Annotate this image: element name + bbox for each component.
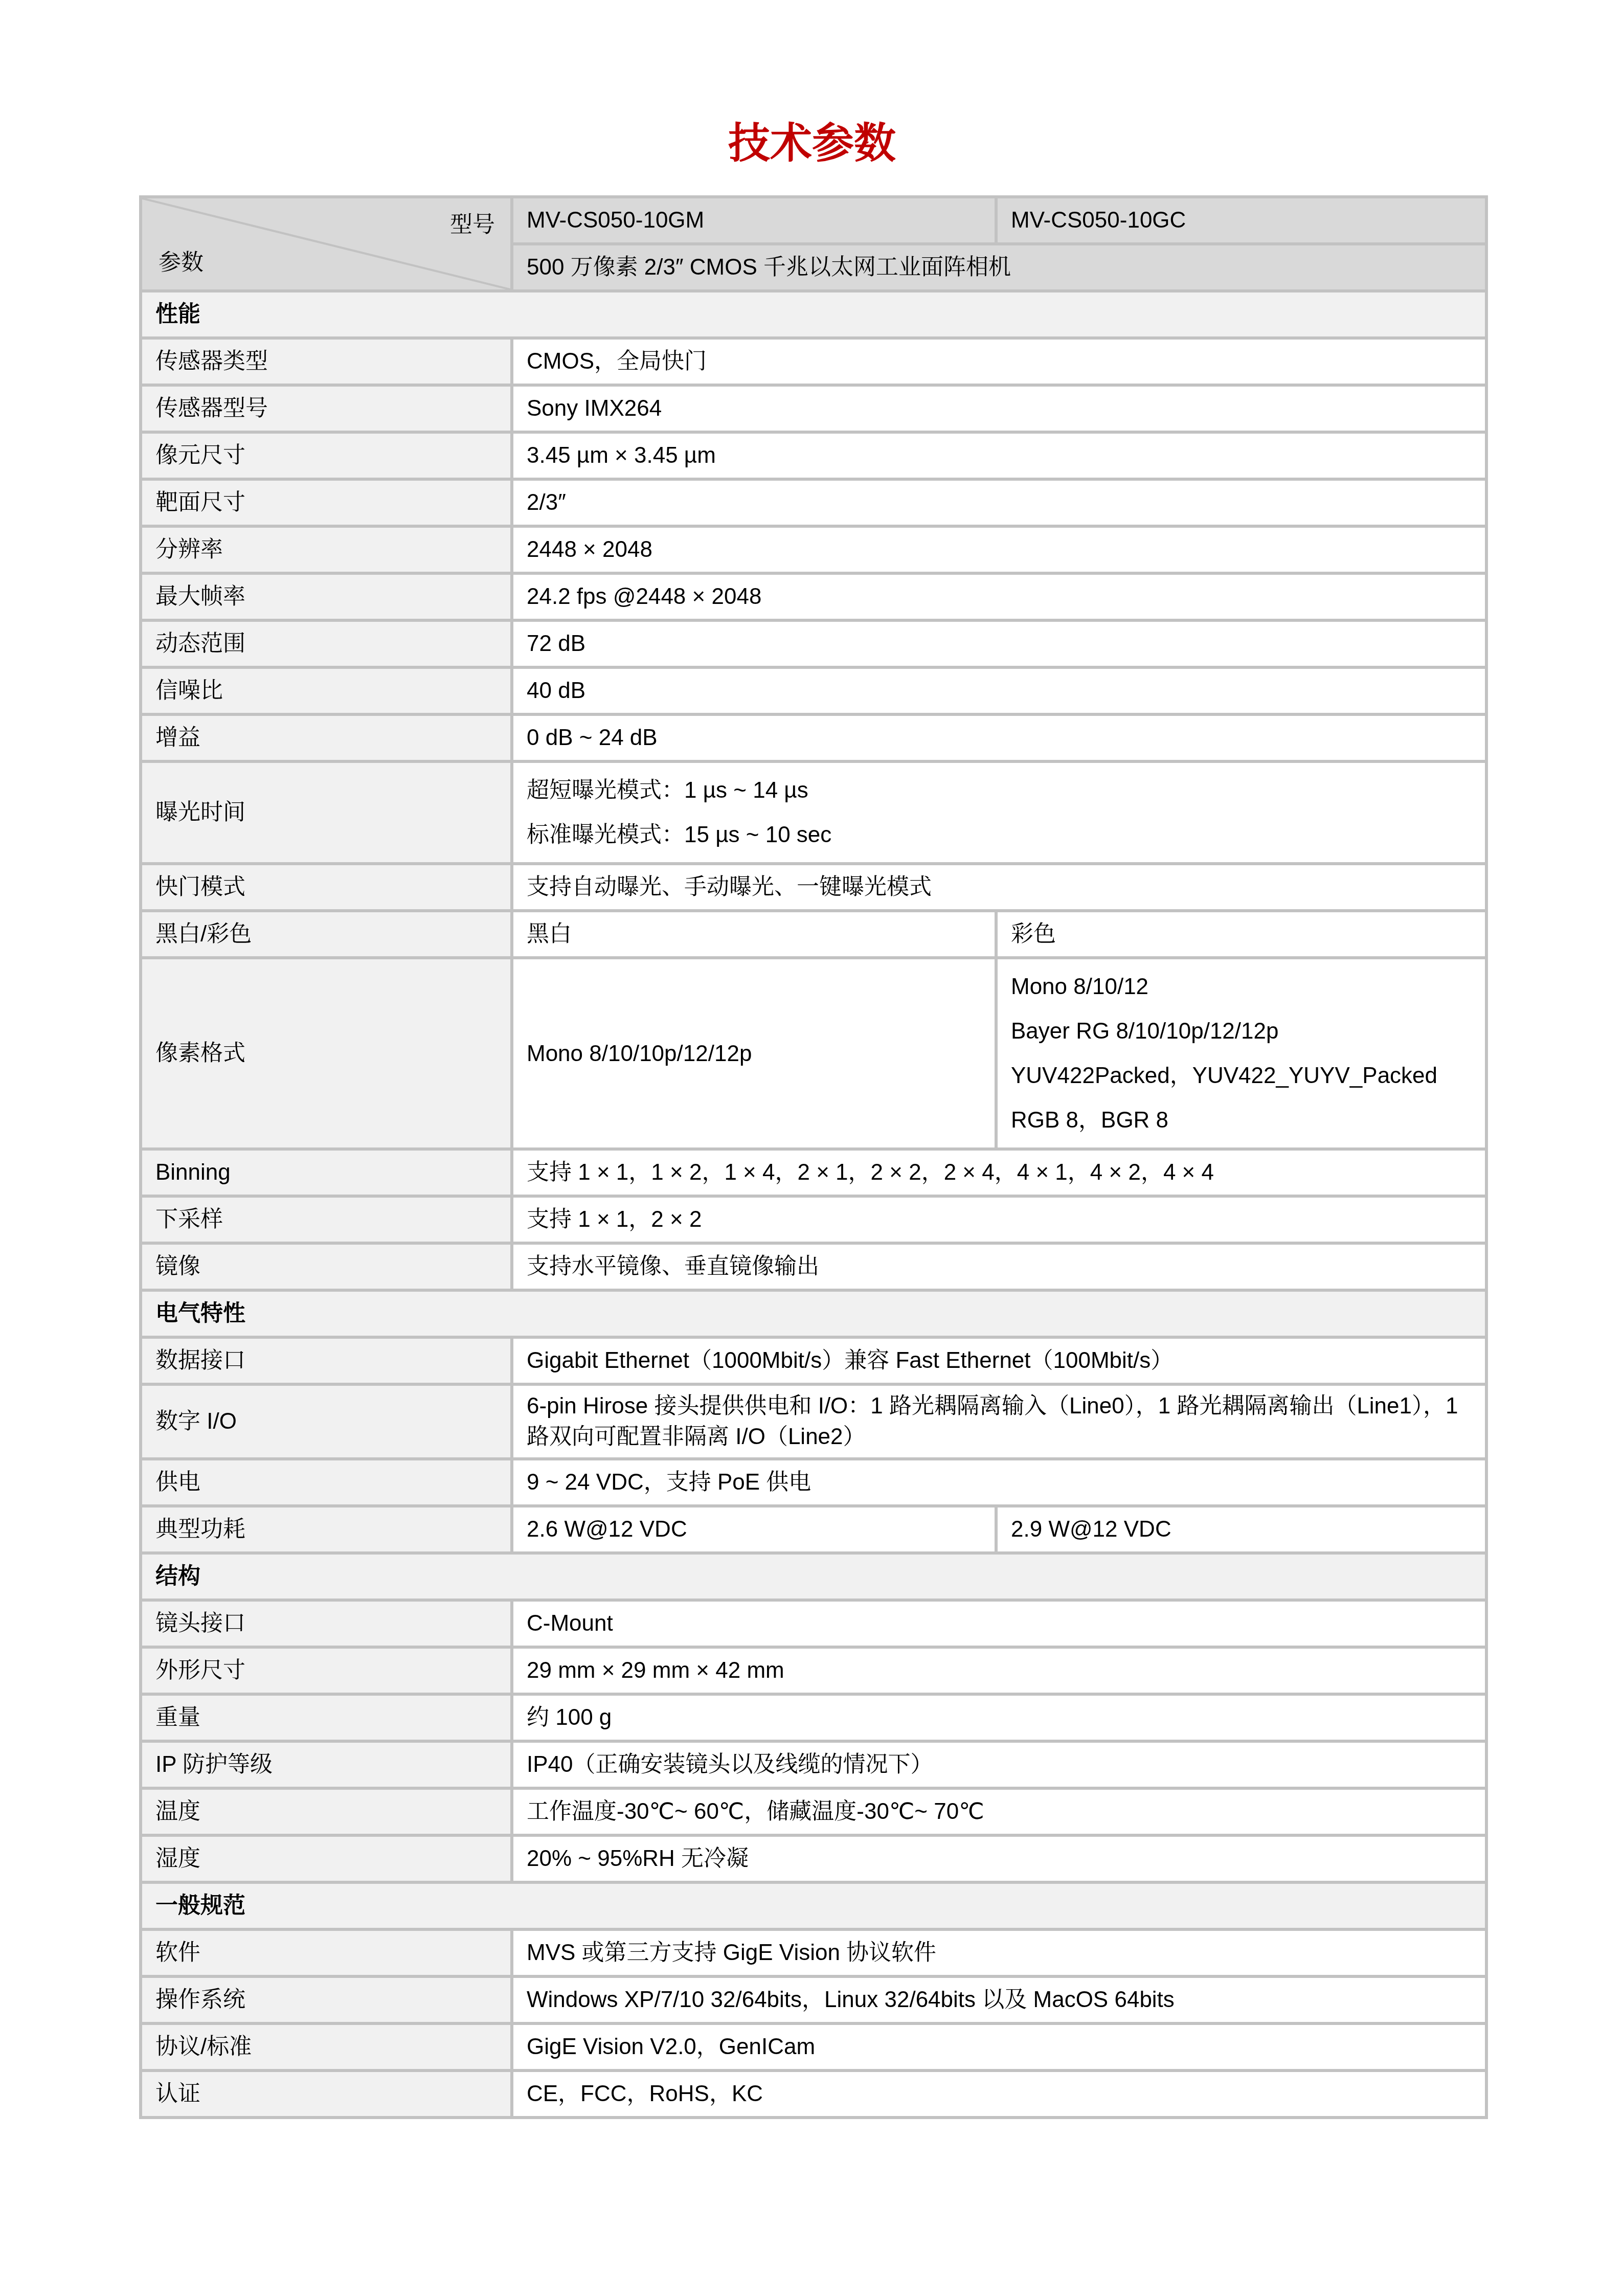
spec-row: 信噪比40 dB	[141, 667, 1486, 714]
spec-label-cell: 认证	[141, 2070, 512, 2118]
spec-value-cell: C-Mount	[512, 1600, 1486, 1647]
spec-label-cell: 温度	[141, 1788, 512, 1835]
spec-value-cell: 2/3″	[512, 479, 1486, 526]
spec-label-cell: 曝光时间	[141, 761, 512, 864]
spec-value-cell-color: 2.9 W@12 VDC	[996, 1506, 1486, 1553]
spec-label-cell: 供电	[141, 1459, 512, 1506]
spec-row: 像元尺寸3.45 µm × 3.45 µm	[141, 432, 1486, 479]
spec-row: 黑白/彩色黑白彩色	[141, 911, 1486, 958]
spec-value-cell: CE，FCC，RoHS，KC	[512, 2070, 1486, 2118]
spec-value-cell: 工作温度-30℃~ 60℃，储藏温度-30℃~ 70℃	[512, 1788, 1486, 1835]
spec-label-cell: 外形尺寸	[141, 1647, 512, 1694]
spec-label-cell: 协议/标准	[141, 2023, 512, 2070]
section-row: 一般规范	[141, 1882, 1486, 1929]
spec-value-cell: 24.2 fps @2448 × 2048	[512, 573, 1486, 620]
model-name-cell-mono: MV-CS050-10GM	[512, 197, 996, 244]
param-axis-label: 参数	[159, 247, 204, 278]
spec-value-cell: 支持自动曝光、手动曝光、一键曝光模式	[512, 864, 1486, 911]
spec-label-cell: 信噪比	[141, 667, 512, 714]
model-axis-label: 型号	[450, 210, 495, 240]
spec-value-cell: 支持 1 × 1，2 × 2	[512, 1196, 1486, 1243]
page-title: 技术参数	[0, 119, 1624, 169]
camera-subtitle-cell: 500 万像素 2/3″ CMOS 千兆以太网工业面阵相机	[512, 244, 1486, 291]
spec-row: 数据接口Gigabit Ethernet（1000Mbit/s）兼容 Fast …	[141, 1337, 1486, 1384]
spec-label-cell: 增益	[141, 714, 512, 761]
spec-label-cell: 操作系统	[141, 1976, 512, 2023]
spec-label-cell: 下采样	[141, 1196, 512, 1243]
value-line: YUV422Packed，YUV422_YUYV_Packed	[1011, 1053, 1472, 1098]
spec-value-cell: GigE Vision V2.0，GenICam	[512, 2023, 1486, 2070]
spec-value-cell-mono: Mono 8/10/10p/12/12p	[512, 958, 996, 1149]
spec-label-cell: 软件	[141, 1929, 512, 1976]
spec-row: 增益0 dB ~ 24 dB	[141, 714, 1486, 761]
spec-label-cell: 传感器型号	[141, 385, 512, 432]
spec-row: 温度工作温度-30℃~ 60℃，储藏温度-30℃~ 70℃	[141, 1788, 1486, 1835]
spec-value-cell: 0 dB ~ 24 dB	[512, 714, 1486, 761]
spec-row: 靶面尺寸2/3″	[141, 479, 1486, 526]
spec-label-cell: 湿度	[141, 1835, 512, 1882]
spec-label-cell: 数字 I/O	[141, 1384, 512, 1459]
spec-row: 重量约 100 g	[141, 1694, 1486, 1741]
spec-value-cell: IP40（正确安装镜头以及线缆的情况下）	[512, 1741, 1486, 1788]
spec-row: 软件MVS 或第三方支持 GigE Vision 协议软件	[141, 1929, 1486, 1976]
spec-label-cell: 黑白/彩色	[141, 911, 512, 958]
diagonal-header-cell: 型号 参数	[141, 197, 512, 291]
spec-value-cell: 超短曝光模式：1 µs ~ 14 µs标准曝光模式：15 µs ~ 10 sec	[512, 761, 1486, 864]
spec-value-cell: 约 100 g	[512, 1694, 1486, 1741]
model-name-cell-color: MV-CS050-10GC	[996, 197, 1486, 244]
value-line: RGB 8，BGR 8	[1011, 1098, 1472, 1142]
spec-row: 最大帧率24.2 fps @2448 × 2048	[141, 573, 1486, 620]
spec-row: 数字 I/O6-pin Hirose 接头提供供电和 I/O：1 路光耦隔离输入…	[141, 1384, 1486, 1459]
spec-value-cell: 6-pin Hirose 接头提供供电和 I/O：1 路光耦隔离输入（Line0…	[512, 1384, 1486, 1459]
spec-row: IP 防护等级IP40（正确安装镜头以及线缆的情况下）	[141, 1741, 1486, 1788]
spec-label-cell: 传感器类型	[141, 338, 512, 385]
spec-value-cell: 20% ~ 95%RH 无冷凝	[512, 1835, 1486, 1882]
spec-value-cell: Sony IMX264	[512, 385, 1486, 432]
spec-row: 快门模式支持自动曝光、手动曝光、一键曝光模式	[141, 864, 1486, 911]
spec-value-cell: 支持水平镜像、垂直镜像输出	[512, 1243, 1486, 1290]
spec-value-cell-mono: 2.6 W@12 VDC	[512, 1506, 996, 1553]
section-row: 结构	[141, 1553, 1486, 1600]
spec-value-cell: CMOS，全局快门	[512, 338, 1486, 385]
spec-row: 湿度20% ~ 95%RH 无冷凝	[141, 1835, 1486, 1882]
spec-value-cell: 3.45 µm × 3.45 µm	[512, 432, 1486, 479]
document-page: 技术参数 型号 参数 MV-CS050-10GM MV-CS050-10GC 5…	[0, 0, 1624, 2296]
spec-row: 典型功耗2.6 W@12 VDC2.9 W@12 VDC	[141, 1506, 1486, 1553]
spec-label-cell: 最大帧率	[141, 573, 512, 620]
spec-row: 镜像支持水平镜像、垂直镜像输出	[141, 1243, 1486, 1290]
spec-value-cell-color: 彩色	[996, 911, 1486, 958]
spec-row: 像素格式Mono 8/10/10p/12/12pMono 8/10/12Baye…	[141, 958, 1486, 1149]
spec-row: 认证CE，FCC，RoHS，KC	[141, 2070, 1486, 2118]
spec-label-cell: 数据接口	[141, 1337, 512, 1384]
spec-label-cell: Binning	[141, 1149, 512, 1196]
spec-label-cell: 靶面尺寸	[141, 479, 512, 526]
spec-label-cell: 典型功耗	[141, 1506, 512, 1553]
value-line: Bayer RG 8/10/10p/12/12p	[1011, 1009, 1472, 1053]
spec-value-cell-color: Mono 8/10/12Bayer RG 8/10/10p/12/12pYUV4…	[996, 958, 1486, 1149]
spec-value-cell: 72 dB	[512, 620, 1486, 667]
spec-value-cell: 支持 1 × 1，1 × 2，1 × 4，2 × 1，2 × 2，2 × 4，4…	[512, 1149, 1486, 1196]
spec-value-cell: Gigabit Ethernet（1000Mbit/s）兼容 Fast Ethe…	[512, 1337, 1486, 1384]
spec-row: 操作系统Windows XP/7/10 32/64bits，Linux 32/6…	[141, 1976, 1486, 2023]
spec-label-cell: 分辨率	[141, 526, 512, 573]
spec-label-cell: 动态范围	[141, 620, 512, 667]
spec-label-cell: 重量	[141, 1694, 512, 1741]
spec-value-cell: MVS 或第三方支持 GigE Vision 协议软件	[512, 1929, 1486, 1976]
section-header-cell: 性能	[141, 291, 1486, 338]
spec-row: 镜头接口C-Mount	[141, 1600, 1486, 1647]
spec-row: 外形尺寸29 mm × 29 mm × 42 mm	[141, 1647, 1486, 1694]
spec-row: 动态范围72 dB	[141, 620, 1486, 667]
spec-value-cell: 29 mm × 29 mm × 42 mm	[512, 1647, 1486, 1694]
spec-table: 型号 参数 MV-CS050-10GM MV-CS050-10GC 500 万像…	[139, 195, 1488, 2119]
spec-value-cell: Windows XP/7/10 32/64bits，Linux 32/64bit…	[512, 1976, 1486, 2023]
spec-label-cell: IP 防护等级	[141, 1741, 512, 1788]
value-line: 超短曝光模式：1 µs ~ 14 µs	[527, 768, 1472, 813]
section-row: 电气特性	[141, 1290, 1486, 1337]
spec-label-cell: 镜头接口	[141, 1600, 512, 1647]
spec-row: 曝光时间超短曝光模式：1 µs ~ 14 µs标准曝光模式：15 µs ~ 10…	[141, 761, 1486, 864]
section-header-cell: 一般规范	[141, 1882, 1486, 1929]
spec-row: Binning支持 1 × 1，1 × 2，1 × 4，2 × 1，2 × 2，…	[141, 1149, 1486, 1196]
spec-value-cell-mono: 黑白	[512, 911, 996, 958]
spec-label-cell: 像元尺寸	[141, 432, 512, 479]
spec-label-cell: 镜像	[141, 1243, 512, 1290]
spec-value-cell: 40 dB	[512, 667, 1486, 714]
value-line: Mono 8/10/12	[1011, 964, 1472, 1009]
spec-row: 分辨率2448 × 2048	[141, 526, 1486, 573]
value-line: 标准曝光模式：15 µs ~ 10 sec	[527, 813, 1472, 857]
spec-row: 传感器型号Sony IMX264	[141, 385, 1486, 432]
model-header-row: 型号 参数 MV-CS050-10GM MV-CS050-10GC	[141, 197, 1486, 244]
spec-row: 协议/标准GigE Vision V2.0，GenICam	[141, 2023, 1486, 2070]
spec-row: 下采样支持 1 × 1，2 × 2	[141, 1196, 1486, 1243]
section-row: 性能	[141, 291, 1486, 338]
spec-label-cell: 像素格式	[141, 958, 512, 1149]
spec-value-cell: 2448 × 2048	[512, 526, 1486, 573]
value-line: Mono 8/10/10p/12/12p	[527, 1031, 981, 1076]
spec-value-cell: 9 ~ 24 VDC，支持 PoE 供电	[512, 1459, 1486, 1506]
section-header-cell: 电气特性	[141, 1290, 1486, 1337]
spec-row: 传感器类型CMOS，全局快门	[141, 338, 1486, 385]
spec-label-cell: 快门模式	[141, 864, 512, 911]
section-header-cell: 结构	[141, 1553, 1486, 1600]
spec-row: 供电9 ~ 24 VDC，支持 PoE 供电	[141, 1459, 1486, 1506]
